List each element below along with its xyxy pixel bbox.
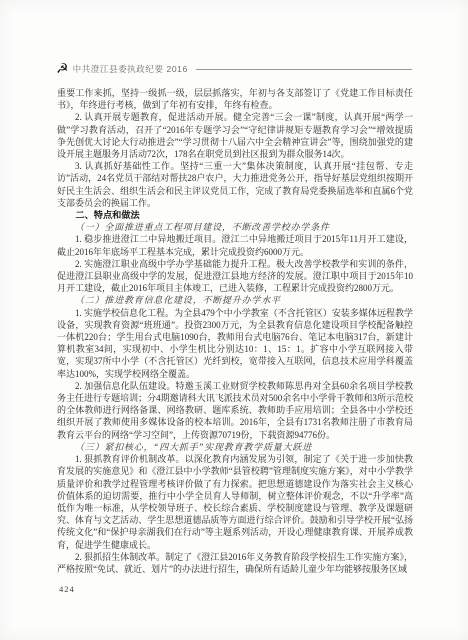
paragraph: 2. 认真开展专题教育，促进活动开展。健全完善“三会一课”制度，认真开展“两学一… [57, 111, 413, 160]
document-page: ☭ 中共澄江县委执政纪要 2016 重要工作来抓，坚持一级抓一级，层层抓落实，年… [0, 0, 468, 640]
section-heading: 二、特点和做法 [57, 209, 413, 221]
header-rule [196, 69, 412, 70]
subsection-heading: （二）推进教育信息化建设，不断提升办学水平 [57, 294, 413, 306]
paragraph: 1. 稳步推进澄江二中异地搬迁项目。澄江二中异地搬迁项目于2015年11月开工建… [57, 233, 413, 257]
paragraph: 1. 实施学校信息化工程。为全县479个中小学教室（不含托管区）安装多媒体远程教… [57, 307, 413, 380]
header-title: 中共澄江县委执政纪要 2016 [73, 63, 188, 75]
subsection-heading: （一）全面推进重点工程项目建设，不断改善学校办学条件 [57, 221, 413, 233]
party-emblem-icon: ☭ [56, 62, 69, 76]
paragraph: 3. 认真抓好基础性工作。坚持“三重一大”集体决策制度，认真开展“挂包帮、专走访… [57, 160, 413, 209]
paragraph: 2. 实施澄江职业高级中学办学基础能力提升工程。极大改善学校教学和实训的条件，促… [57, 258, 413, 295]
paragraph: 2. 狠抓招生体制改革。制定了《澄江县2016年义务教育阶段学校招生工作实施方案… [57, 551, 413, 575]
paragraph: 1. 狠抓教育评价机制改革。以深化教育内涵发展为引领，制定了《关于进一步加快教育… [57, 453, 413, 551]
document-body: 重要工作来抓，坚持一级抓一级，层层抓落实，年初与各支部签订了《党建工作目标责任书… [57, 87, 413, 575]
page-header: ☭ 中共澄江县委执政纪要 2016 [56, 60, 412, 78]
paragraph: 2. 加强信息化队伍建设。特邀玉溪工业财贸学校教师陈思冉对全县60余名项目学校教… [57, 380, 413, 441]
subsection-heading: （三）紧扣核心，“四大抓手”实现教育教学质量大跃进 [57, 441, 413, 453]
paragraph-continuation: 重要工作来抓，坚持一级抓一级，层层抓落实，年初与各支部签订了《党建工作目标责任书… [57, 87, 413, 111]
page-number: 424 [59, 584, 75, 594]
